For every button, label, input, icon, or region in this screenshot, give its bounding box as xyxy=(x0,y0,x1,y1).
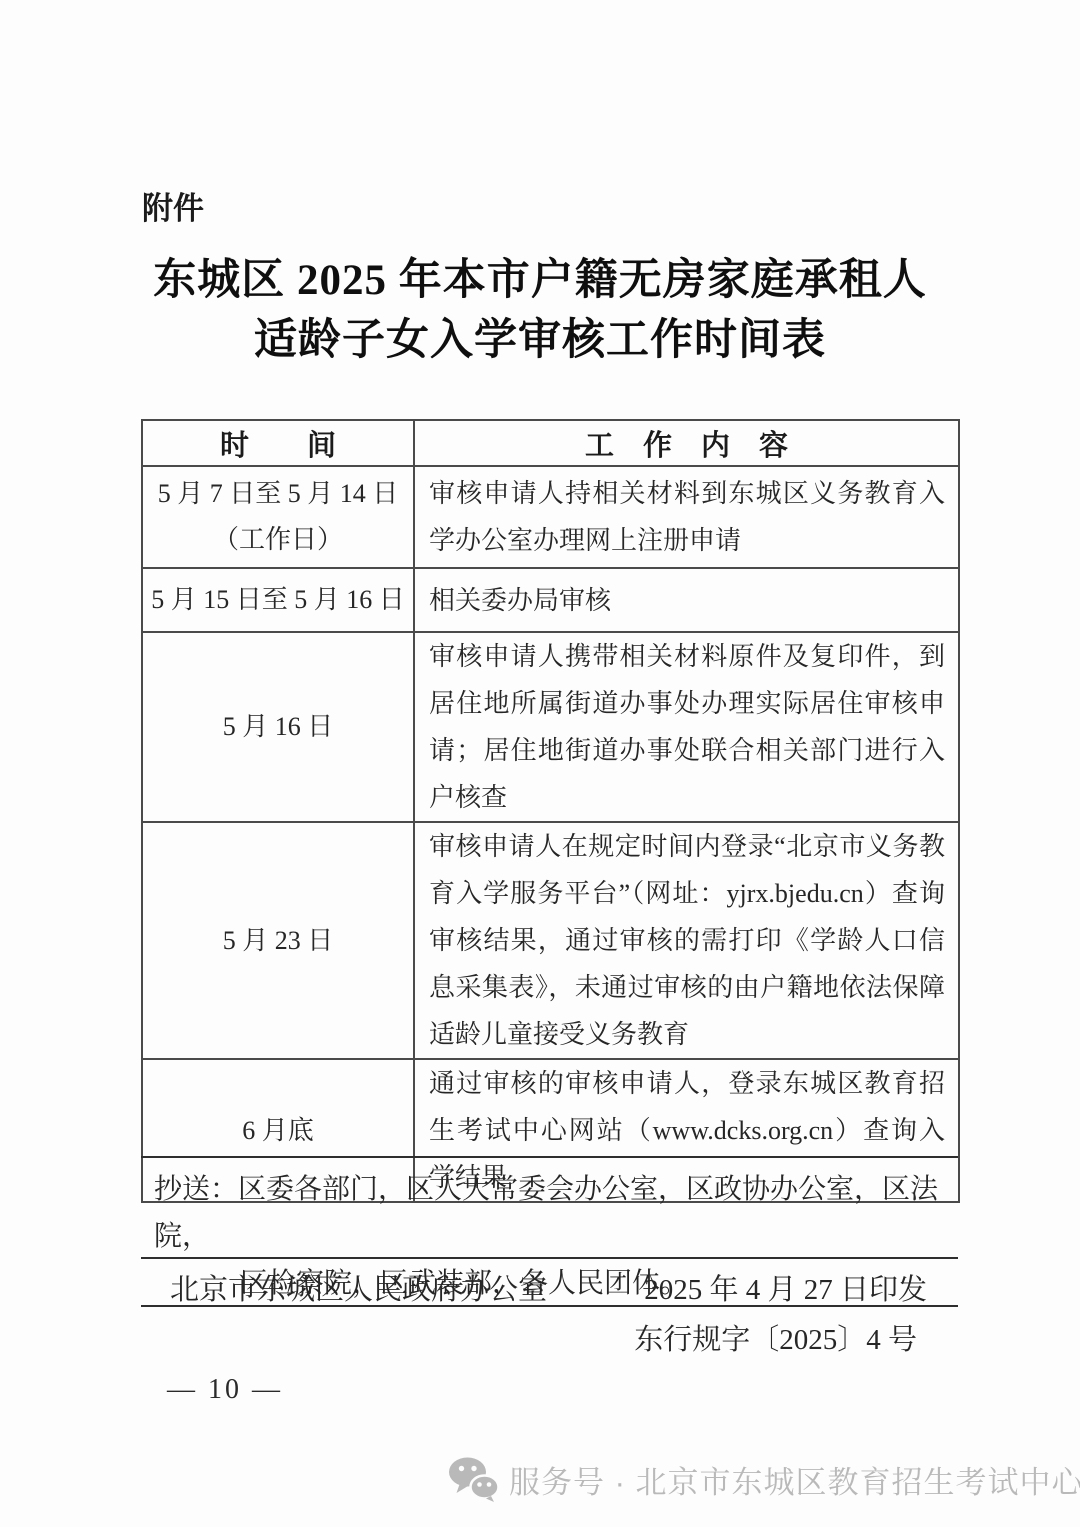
footer-divider-top xyxy=(141,1156,958,1158)
time-cell: 5 月 15 日至 5 月 16 日 xyxy=(142,568,414,632)
footer-divider-middle xyxy=(141,1257,958,1259)
content-cell: 审核申请人携带相关材料原件及复印件，到居住地所属街道办事处办理实际居住审核申请；… xyxy=(414,632,959,822)
content-cell: 审核申请人在规定时间内登录“北京市义务教育入学服务平台”（网址：yjrx.bje… xyxy=(414,822,959,1059)
table-row: 5 月 7 日至 5 月 14 日 （工作日） 审核申请人持相关材料到东城区义务… xyxy=(142,466,959,568)
doc-number: 东行规字〔2025〕4 号 xyxy=(141,1317,917,1358)
time-line: （工作日） xyxy=(144,517,412,563)
table-row: 5 月 23 日 审核申请人在规定时间内登录“北京市义务教育入学服务平台”（网址… xyxy=(142,822,959,1059)
attachment-label: 附件 xyxy=(142,183,204,228)
document-page: 附件 东城区 2025 年本市户籍无房家庭承租人 适龄子女入学审核工作时间表 时… xyxy=(0,0,1080,1527)
content-cell: 审核申请人持相关材料到东城区义务教育入学办公室办理网上注册申请 xyxy=(414,466,959,568)
table-row: 5 月 15 日至 5 月 16 日 相关委办局审核 xyxy=(142,568,959,632)
schedule-table: 时 间 工 作 内 容 5 月 7 日至 5 月 14 日 （工作日） 审核申请… xyxy=(141,419,960,1203)
table-header-time: 时 间 xyxy=(142,420,414,466)
time-line: 5 月 7 日至 5 月 14 日 xyxy=(144,471,412,517)
table-header-content: 工 作 内 容 xyxy=(414,420,959,466)
time-cell: 5 月 7 日至 5 月 14 日 （工作日） xyxy=(142,466,414,568)
content-cell: 相关委办局审核 xyxy=(414,568,959,632)
document-title: 东城区 2025 年本市户籍无房家庭承租人 适龄子女入学审核工作时间表 xyxy=(0,251,1080,371)
footer-divider-bottom xyxy=(141,1305,958,1307)
time-cell: 5 月 16 日 xyxy=(142,632,414,822)
document-title-line1: 东城区 2025 年本市户籍无房家庭承租人 xyxy=(0,251,1080,311)
page-number: — 10 — xyxy=(167,1374,283,1406)
table-row: 5 月 16 日 审核申请人携带相关材料原件及复印件，到居住地所属街道办事处办理… xyxy=(142,632,959,822)
issue-date: 2025 年 4 月 27 日印发 xyxy=(644,1267,927,1308)
issuer-row: 北京市东城区人民政府办公室 2025 年 4 月 27 日印发 xyxy=(170,1267,927,1308)
cc-line1: 抄送：区委各部门，区人大常委会办公室，区政协办公室，区法院， xyxy=(154,1166,964,1260)
watermark: 服务号 · 北京市东城区教育招生考试中心 xyxy=(448,1456,1080,1502)
time-cell: 5 月 23 日 xyxy=(142,822,414,1059)
wechat-icon xyxy=(448,1456,500,1502)
watermark-text: 服务号 · 北京市东城区教育招生考试中心 xyxy=(509,1457,1080,1502)
document-title-line2: 适龄子女入学审核工作时间表 xyxy=(0,311,1080,371)
issuer-name: 北京市东城区人民政府办公室 xyxy=(170,1267,547,1308)
table-header-row: 时 间 工 作 内 容 xyxy=(142,420,959,466)
